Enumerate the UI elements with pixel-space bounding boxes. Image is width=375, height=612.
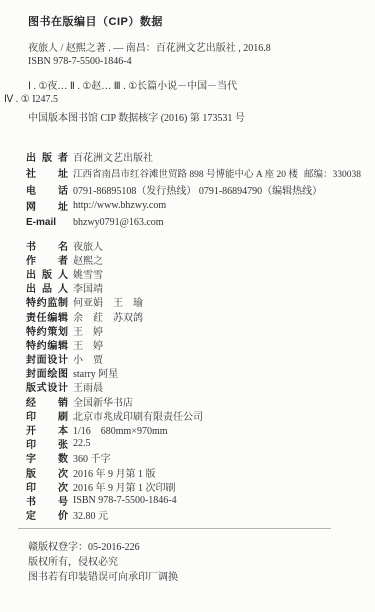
cip-record-number: 中国版本图书馆 CIP 数据核字 (2016) 第 173531 号 bbox=[28, 112, 363, 125]
info-value: 何亚娟 王 瑜 bbox=[73, 294, 143, 309]
divider-line bbox=[18, 528, 331, 529]
info-value: 32.80 元 bbox=[73, 507, 108, 522]
info-value: 0791-86895108（发行热线） 0791-86894790（编辑热线） bbox=[73, 182, 322, 197]
cip-class-line2: Ⅳ . ① I247.5 bbox=[4, 93, 363, 106]
info-row-special-editor: 特约编辑 王 婷 bbox=[26, 337, 365, 351]
info-label: 书 名 bbox=[26, 238, 68, 253]
info-label: 开 本 bbox=[26, 422, 68, 437]
info-row-printer: 印 刷 北京市兆成印刷有限责任公司 bbox=[26, 408, 365, 422]
info-value: 2016 年 9 月第 1 次印刷 bbox=[73, 479, 176, 494]
info-label: E-mail bbox=[26, 217, 68, 228]
info-value: ISBN 978-7-5500-1846-4 bbox=[73, 495, 177, 506]
info-label: 字 数 bbox=[26, 450, 68, 465]
info-label: 封面设计 bbox=[26, 351, 68, 366]
info-label: 作 者 bbox=[26, 252, 68, 267]
info-row-supervisor: 特约监制 何亚娟 王 瑜 bbox=[26, 295, 365, 309]
info-row-word-count: 字 数 360 千字 bbox=[26, 451, 365, 465]
info-row-format: 开 本 1/16 680mm×970mm bbox=[26, 422, 365, 436]
info-value: 王雨晨 bbox=[73, 379, 103, 394]
info-row-website: 网 址 http://www.bhzwy.com bbox=[26, 198, 365, 215]
book-info-block: 书 名 夜旅人 作 者 赵熙之 出 版 人 姚雪雪 出 品 人 李国靖 特约监制… bbox=[26, 238, 365, 522]
info-label: 封面绘图 bbox=[26, 365, 68, 380]
info-row-editor: 责任编辑 余 荭 苏双鸽 bbox=[26, 309, 365, 323]
info-label: 网 址 bbox=[26, 198, 68, 213]
info-label: 社 址 bbox=[26, 165, 68, 180]
info-value: 1/16 680mm×970mm bbox=[73, 422, 168, 437]
info-row-cover-design: 封面设计 小 贾 bbox=[26, 352, 365, 366]
copyright-register-line: 赣版权登字：05-2016-226 bbox=[28, 540, 178, 555]
info-label: 责任编辑 bbox=[26, 309, 68, 324]
info-label: 版 次 bbox=[26, 465, 68, 480]
info-label: 出 品 人 bbox=[26, 280, 68, 295]
info-value: starry 阿星 bbox=[73, 365, 118, 380]
info-value: 江西省南昌市红谷滩世贸路 898 号博能中心 A 座 20 楼 bbox=[73, 166, 298, 180]
info-row-publisher: 出 版 者 百花洲文艺出版社 bbox=[26, 148, 365, 165]
info-label: 版式设计 bbox=[26, 379, 68, 394]
info-row-phone: 电 话 0791-86895108（发行热线） 0791-86894790（编辑… bbox=[26, 181, 365, 198]
info-value: 王 婷 bbox=[73, 337, 103, 352]
cip-class-line1: Ⅰ . ①夜… Ⅱ . ①赵… Ⅲ . ①长篇小说－中国－当代 bbox=[28, 80, 363, 93]
info-row-email: E-mail bhzwy0791@163.com bbox=[26, 214, 365, 231]
cip-description: 夜旅人 / 赵熙之著 . — 南昌：百花洲文艺出版社 , 2016.8 ISBN… bbox=[28, 42, 363, 68]
info-label: 定 价 bbox=[26, 507, 68, 522]
info-value: 全国新华书店 bbox=[73, 394, 133, 409]
cip-description-line: 夜旅人 / 赵熙之著 . — 南昌：百花洲文艺出版社 , 2016.8 bbox=[28, 42, 363, 55]
info-row-address: 社 址 江西省南昌市红谷滩世贸路 898 号博能中心 A 座 20 楼 邮编：3… bbox=[26, 165, 365, 182]
info-value: 百花洲文艺出版社 bbox=[73, 149, 153, 164]
info-label: 出 版 人 bbox=[26, 266, 68, 281]
info-row-isbn: 书 号 ISBN 978-7-5500-1846-4 bbox=[26, 493, 365, 507]
info-label: 特约编辑 bbox=[26, 337, 68, 352]
info-value: 夜旅人 bbox=[73, 238, 103, 253]
info-label: 印 张 bbox=[26, 436, 68, 451]
info-row-layout-design: 版式设计 王雨晨 bbox=[26, 380, 365, 394]
publisher-block: 出 版 者 百花洲文艺出版社 社 址 江西省南昌市红谷滩世贸路 898 号博能中… bbox=[26, 148, 365, 231]
copyright-page: 图书在版编目（CIP）数据 夜旅人 / 赵熙之著 . — 南昌：百花洲文艺出版社… bbox=[0, 0, 375, 612]
info-value: 2016 年 9 月第 1 版 bbox=[73, 465, 156, 480]
info-row-producer: 出 品 人 李国靖 bbox=[26, 281, 365, 295]
info-row-price: 定 价 32.80 元 bbox=[26, 508, 365, 522]
info-row-edition: 版 次 2016 年 9 月第 1 版 bbox=[26, 465, 365, 479]
info-row-cover-illustration: 封面绘图 starry 阿星 bbox=[26, 366, 365, 380]
info-value: 360 千字 bbox=[73, 450, 111, 465]
info-label: 书 号 bbox=[26, 493, 68, 508]
info-value: 小 贾 bbox=[73, 351, 103, 366]
copyright-notice-line: 版权所有，侵权必究 bbox=[28, 555, 178, 570]
info-label: 出 版 者 bbox=[26, 149, 68, 164]
info-label: 经 销 bbox=[26, 394, 68, 409]
info-label: 印 刷 bbox=[26, 408, 68, 423]
misprint-notice-line: 图书若有印装错误可向承印厂调换 bbox=[28, 570, 178, 585]
postal-code: 邮编：330038 bbox=[304, 166, 361, 180]
info-label: 电 话 bbox=[26, 182, 68, 197]
info-value: 姚雪雪 bbox=[73, 266, 103, 281]
info-value: 北京市兆成印刷有限责任公司 bbox=[73, 408, 203, 423]
info-value: 赵熙之 bbox=[73, 252, 103, 267]
info-row-publisher-person: 出 版 人 姚雪雪 bbox=[26, 266, 365, 280]
info-value: bhzwy0791@163.com bbox=[73, 217, 164, 228]
info-row-author: 作 者 赵熙之 bbox=[26, 252, 365, 266]
info-value: 李国靖 bbox=[73, 280, 103, 295]
cip-title: 图书在版编目（CIP）数据 bbox=[28, 16, 363, 29]
cip-classification: Ⅰ . ①夜… Ⅱ . ①赵… Ⅲ . ①长篇小说－中国－当代 Ⅳ . ① I2… bbox=[28, 80, 363, 106]
isbn-line: ISBN 978-7-5500-1846-4 bbox=[28, 55, 363, 68]
cip-block: 图书在版编目（CIP）数据 夜旅人 / 赵熙之著 . — 南昌：百花洲文艺出版社… bbox=[28, 16, 363, 125]
info-label: 特约监制 bbox=[26, 294, 68, 309]
info-row-distribution: 经 销 全国新华书店 bbox=[26, 394, 365, 408]
footer-block: 赣版权登字：05-2016-226 版权所有，侵权必究 图书若有印装错误可向承印… bbox=[28, 540, 178, 586]
info-row-planner: 特约策划 王 婷 bbox=[26, 323, 365, 337]
info-value: 22.5 bbox=[73, 438, 91, 449]
info-value: 余 荭 苏双鸽 bbox=[73, 309, 143, 324]
info-row-sheets: 印 张 22.5 bbox=[26, 437, 365, 451]
info-value: http://www.bhzwy.com bbox=[73, 200, 166, 211]
info-value: 王 婷 bbox=[73, 323, 103, 338]
info-label: 特约策划 bbox=[26, 323, 68, 338]
info-label: 印 次 bbox=[26, 479, 68, 494]
info-row-title: 书 名 夜旅人 bbox=[26, 238, 365, 252]
info-row-print-run: 印 次 2016 年 9 月第 1 次印刷 bbox=[26, 479, 365, 493]
